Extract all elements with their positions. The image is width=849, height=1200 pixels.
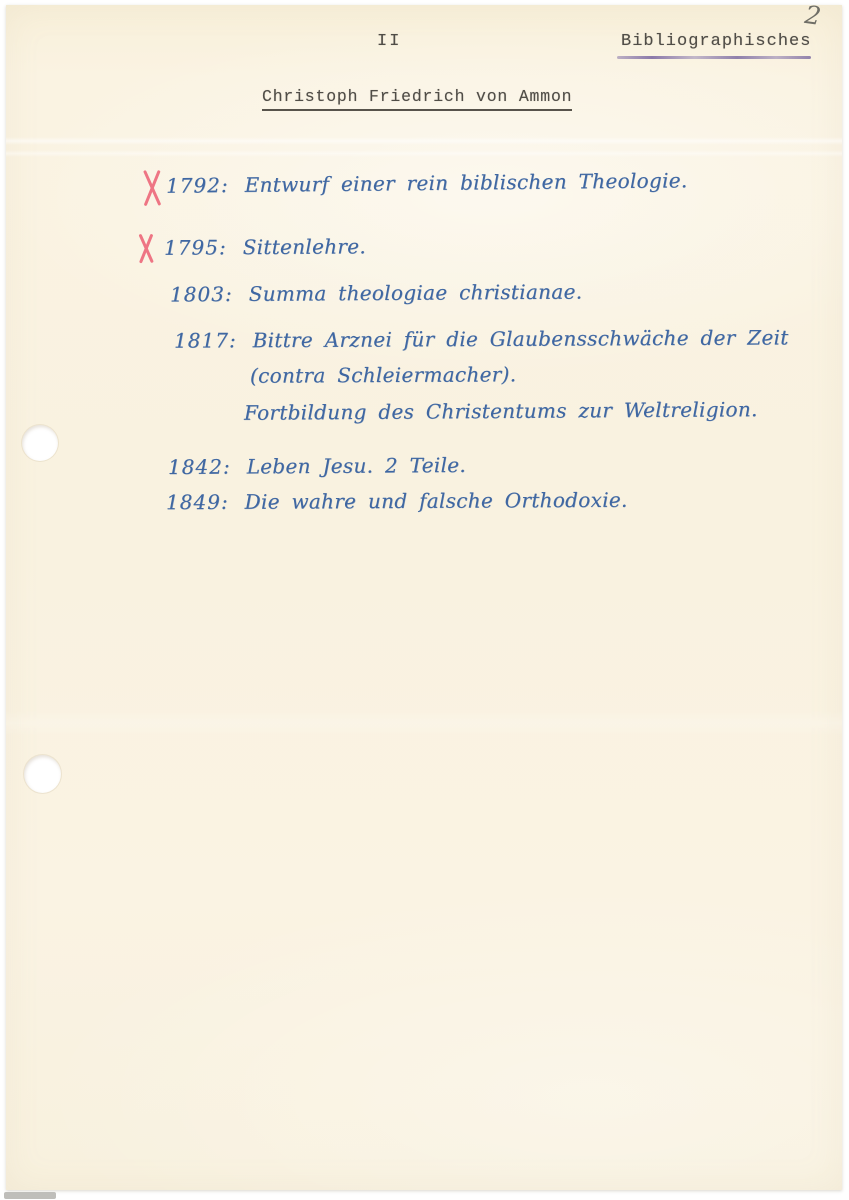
bibliography-entry: 1795:Sittenlehre. xyxy=(164,234,366,259)
entry-text: Sittenlehre. xyxy=(243,234,367,259)
entry-year: 1792: xyxy=(166,173,229,198)
entry-text: Leben Jesu. 2 Teile. xyxy=(247,453,467,479)
purple-underline xyxy=(617,56,811,59)
bibliography-entry-continuation: Fortbildung des Christentums zur Weltrel… xyxy=(244,397,758,425)
punch-hole xyxy=(24,755,61,793)
entry-text: Entwurf einer rein biblischen Theologie. xyxy=(245,168,688,197)
punch-hole xyxy=(22,425,58,461)
bibliography-entry: 1792:Entwurf einer rein biblischen Theol… xyxy=(166,168,688,197)
entry-text: Die wahre und falsche Orthodoxie. xyxy=(245,488,628,514)
entry-text: Bittre Arznei für die Glaubensschwäche d… xyxy=(253,325,789,352)
paper-crease xyxy=(6,150,842,157)
entry-year: 1795: xyxy=(164,235,227,259)
entry-text: Fortbildung des Christentums zur Weltrel… xyxy=(244,397,758,425)
entry-year: 1817: xyxy=(174,328,237,352)
header-category-label: Bibliographisches xyxy=(621,32,811,51)
entry-year: 1803: xyxy=(170,282,233,306)
page-title: Christoph Friedrich von Ammon xyxy=(262,87,572,111)
entry-year: 1842: xyxy=(168,455,231,479)
entry-text: (contra Schleiermacher). xyxy=(250,362,516,387)
x-mark-icon xyxy=(137,169,167,207)
entry-text: Summa theologiae christianae. xyxy=(249,280,583,306)
x-mark-icon xyxy=(132,233,159,264)
scan-background: 2 II Bibliographisches Christoph Friedri… xyxy=(0,0,849,1200)
bibliography-entry: 1817:Bittre Arznei für die Glaubensschwä… xyxy=(174,325,789,352)
entry-year: 1849: xyxy=(166,490,229,514)
bibliography-entry: 1803:Summa theologiae christianae. xyxy=(170,280,583,307)
section-number: II xyxy=(377,32,401,51)
bibliography-entry-continuation: (contra Schleiermacher). xyxy=(250,362,516,387)
paper-crease xyxy=(6,137,842,145)
bibliography-entry: 1842:Leben Jesu. 2 Teile. xyxy=(168,453,466,479)
bibliography-entry: 1849:Die wahre und falsche Orthodoxie. xyxy=(166,488,628,514)
scan-artifact xyxy=(4,1192,56,1199)
document-page: 2 II Bibliographisches Christoph Friedri… xyxy=(6,5,842,1190)
paper-crease xyxy=(6,710,842,736)
page-number: 2 xyxy=(803,0,823,31)
